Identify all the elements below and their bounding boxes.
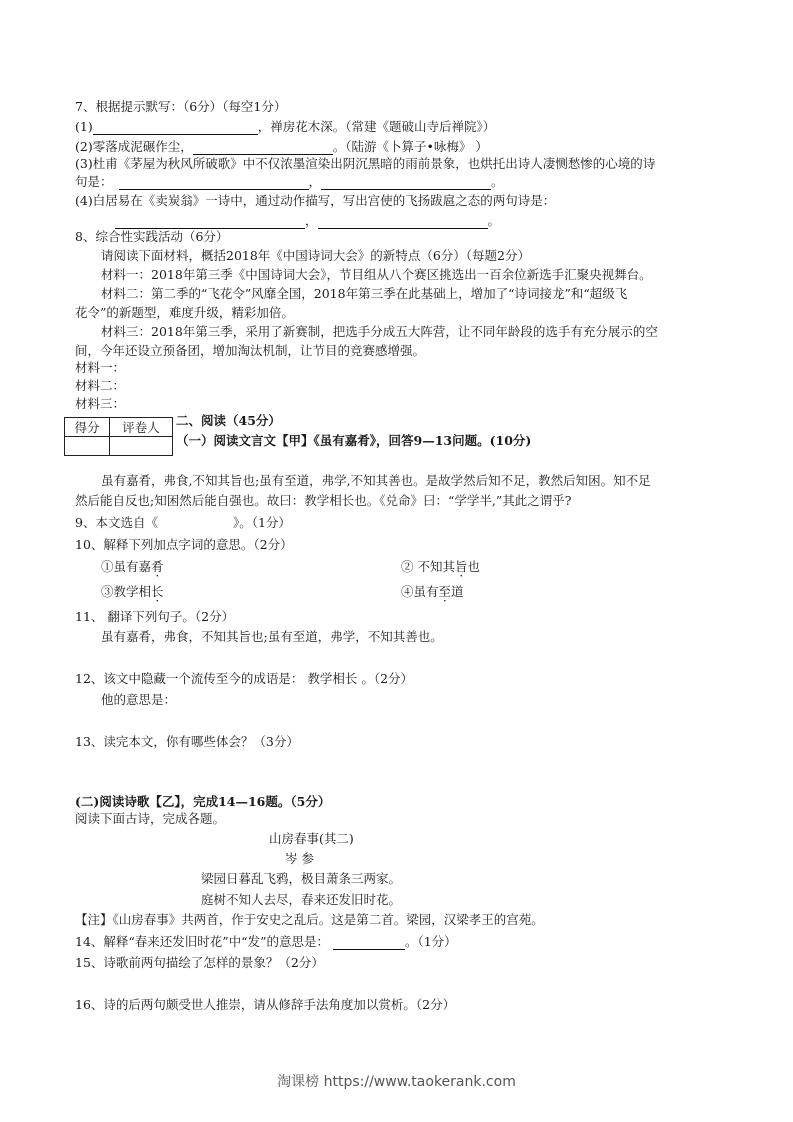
grader-cell[interactable] [110, 437, 173, 456]
q7-item2: (2)零落成泥碾作尘，。（陆游《卜算子•咏梅》 ） [75, 139, 488, 155]
poem-title: 山房春事(其二) [269, 831, 354, 847]
q11: 11、 翻译下列句子。（2分） [75, 609, 234, 625]
answer-blank[interactable] [93, 121, 258, 135]
part2-title: (二)阅读诗歌【乙】，完成14—16题。（5分） [75, 794, 330, 810]
poem-line1: 梁园日暮乱飞鸦，极目萧条三两家。 [201, 871, 401, 887]
q8-material2-line2: 花令”的新题型，难度升级，精彩加倍。 [75, 305, 294, 321]
q14: 14、解释“春来还发旧时花”中“发”的意思是：。（1分） [75, 934, 457, 950]
dotted-char: 旨 [455, 559, 468, 574]
text: ④虽有 [401, 584, 439, 599]
q7-item2-suffix: 。（陆游《卜算子•咏梅》 ） [333, 139, 488, 154]
q8-material3-line2: 间，今年还设立预备团，增加淘汰机制，让节目的竞赛感增强。 [75, 343, 425, 359]
answer-blank[interactable] [193, 141, 333, 155]
q7-item4-line1: (4)白居易在《卖炭翁》一诗中，通过动作描写，写出宫使的飞扬跋扈之态的两句诗是： [75, 193, 555, 209]
dotted-char: 至 [439, 584, 452, 599]
score-header: 得分 [65, 418, 110, 437]
q7-title: 7、根据提示默写：（6分）（每空1分） [75, 99, 286, 115]
score-cell[interactable] [65, 437, 110, 456]
q8-material3-line1: 材料三：2018年第三季，采用了新赛制，把选手分成五大阵营，让不同年龄段的选手有… [101, 324, 658, 340]
poem-line2: 庭树不知人去尽，春来还发旧时花。 [201, 892, 401, 908]
answer-blank[interactable] [115, 215, 305, 229]
q10-item3: ③教学相长 [101, 584, 164, 600]
passage-line2: 然后能自反也;知困然后能自强也。故曰：教学相长也。《兑命》曰：“学学半,”其此之… [75, 493, 571, 509]
poem-author: 岑 参 [285, 851, 314, 867]
part1-title: （一）阅读文言文【甲】《虽有嘉肴》，回答9—13问题。(10分) [176, 433, 531, 449]
text: ③教学相 [101, 584, 151, 599]
text: 也 [468, 559, 481, 574]
dotted-char: 长 [151, 584, 164, 599]
q7-item4-line2: ，。 [75, 213, 500, 229]
score-table: 得分 评卷人 [64, 417, 173, 456]
answer-blank[interactable] [321, 176, 491, 190]
q8-answer1-label: 材料一： [75, 360, 125, 376]
part2-instruction: 阅读下面古诗，完成各题。 [75, 811, 225, 827]
q8-material1: 材料一：2018年第三季《中国诗词大会》，节目组从八个赛区挑选出一百余位新选手汇… [101, 267, 652, 283]
q8-instruction: 请阅读下面材料，概括2018年《中国诗词大会》的新特点（6分）（每题2分） [101, 248, 530, 264]
text: ② 不知其 [401, 559, 455, 574]
answer-blank[interactable] [318, 215, 488, 229]
answer-blank[interactable] [119, 176, 309, 190]
section2-title: 二、阅读（45分） [176, 413, 281, 429]
q13: 13、读完本文，你有哪些体会？（3分） [75, 734, 299, 750]
passage-line1: 虽有嘉肴，弗食,不知其旨也;虽有至道，弗学,不知其善也。是故学然后知不足，教然后… [101, 473, 651, 489]
q7-item1-prefix: (1) [75, 119, 93, 134]
q10-item4: ④虽有至道 [401, 584, 464, 600]
period: 。 [488, 213, 501, 228]
period: 。 [491, 174, 504, 189]
q8-answer2-label: 材料二： [75, 378, 125, 394]
text: ①虽有嘉 [101, 559, 151, 574]
q14-prefix: 14、解释“春来还发旧时花”中“发”的意思是： [75, 934, 329, 949]
q8-title: 8、综合性实践活动（6分） [75, 229, 228, 245]
q8-answer3-label: 材料三： [75, 396, 125, 412]
grader-header: 评卷人 [110, 418, 173, 437]
q15: 15、诗歌前两句描绘了怎样的景象？（2分） [75, 955, 324, 971]
q7-item1: (1)，禅房花木深。（常建《题破山寺后禅院》） [75, 119, 495, 135]
q12-sub: 他的意思是： [101, 692, 176, 708]
q7-item1-suffix: ，禅房花木深。（常建《题破山寺后禅院》） [258, 119, 496, 134]
q16: 16、诗的后两句颇受世人推崇，请从修辞手法角度加以赏析。（2分） [75, 997, 455, 1013]
q10-item2: ② 不知其旨也 [401, 559, 480, 575]
q8-material2-line1: 材料二：第二季的“飞花令”风靡全国，2018年第三季在此基础上，增加了“诗词接龙… [101, 286, 627, 302]
answer-blank[interactable] [333, 936, 405, 950]
poem-note: 【注】《山房春事》共两首，作于安史之乱后。这是第二首。梁园，汉梁孝王的宫苑。 [75, 912, 544, 928]
q14-suffix: 。（1分） [405, 934, 457, 949]
dotted-char: 肴 [151, 559, 164, 574]
q7-item2-prefix: (2)零落成泥碾作尘， [75, 139, 193, 154]
q11-sentence: 虽有嘉肴，弗食，不知其旨也;虽有至道，弗学，不知其善也。 [101, 629, 443, 645]
watermark: 淘课榜 https://www.taokerank.com [0, 1071, 793, 1091]
q10-item1: ①虽有嘉肴 [101, 559, 164, 575]
q10: 10、解释下列加点字词的意思。（2分） [75, 537, 293, 553]
comma: ， [305, 213, 318, 228]
q7-item3-line2: 句是：，。 [75, 174, 504, 190]
q12: 12、该文中隐藏一个流传至今的成语是： 教学相长 。（2分） [75, 671, 413, 687]
text: 道 [451, 584, 464, 599]
q7-item3-prefix: 句是： [75, 174, 113, 189]
q9: 9、本文选自《 》。（1分） [75, 515, 291, 531]
comma: ， [309, 174, 322, 189]
q7-item3-line1: (3)杜甫《茅屋为秋风所破歌》中不仅浓墨渲染出阴沉黑暗的雨前景象，也烘托出诗人凄… [75, 156, 655, 172]
